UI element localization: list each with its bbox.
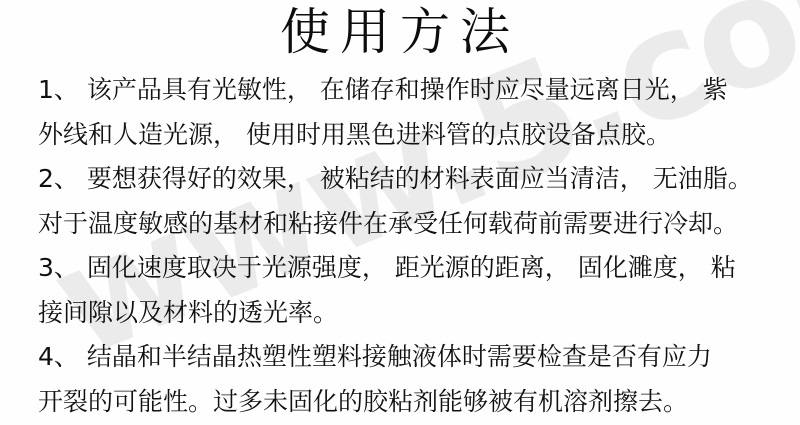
- instruction-item-4: 4、 结晶和半结晶热塑性塑料接触液体时需要检查是否有应力 开裂的可能性。过多未固…: [38, 335, 798, 424]
- instruction-item-1: 1、 该产品具有光敏性， 在储存和操作时应尽量远离日光， 紫 外线和人造光源， …: [38, 68, 798, 157]
- instruction-item-2: 2、 要想获得好的效果， 被粘结的材料表面应当清洁， 无油脂。 对于温度敏感的基…: [38, 157, 798, 246]
- instruction-line: 开裂的可能性。过多未固化的胶粘剂能够被有机溶剂擦去。: [38, 380, 798, 425]
- instruction-line: 3、 固化速度取决于光源强度， 距光源的距离， 固化濉度， 粘: [38, 246, 798, 291]
- instruction-line: 4、 结晶和半结晶热塑性塑料接触液体时需要检查是否有应力: [38, 335, 798, 380]
- instructions-list: 1、 该产品具有光敏性， 在储存和操作时应尽量远离日光， 紫 外线和人造光源， …: [38, 68, 798, 424]
- instruction-line: 1、 该产品具有光敏性， 在储存和操作时应尽量远离日光， 紫: [38, 68, 798, 113]
- instruction-line: 外线和人造光源， 使用时用黑色进料管的点胶设备点胶。: [38, 113, 798, 158]
- instruction-line: 接间隙以及材料的透光率。: [38, 291, 798, 336]
- page-title: 使用方法: [0, 2, 800, 62]
- document-page: www.5.com.cn 使用方法 1、 该产品具有光敏性， 在储存和操作时应尽…: [0, 0, 800, 425]
- instruction-item-3: 3、 固化速度取决于光源强度， 距光源的距离， 固化濉度， 粘 接间隙以及材料的…: [38, 246, 798, 335]
- instruction-line: 2、 要想获得好的效果， 被粘结的材料表面应当清洁， 无油脂。: [38, 157, 798, 202]
- instruction-line: 对于温度敏感的基材和粘接件在承受任何载荷前需要进行冷却。: [38, 202, 798, 247]
